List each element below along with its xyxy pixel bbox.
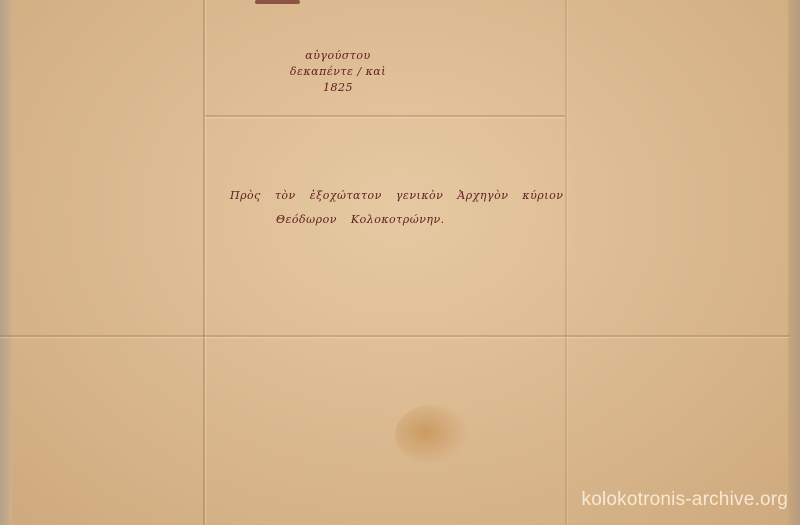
- address-line-2: Θεόδωρον Κολοκοτρώνην.: [276, 213, 445, 226]
- fold-line-horizontal-upper: [205, 115, 565, 117]
- paper-edge-left: [0, 0, 12, 525]
- fold-line-horizontal-lower: [0, 335, 790, 337]
- water-stain: [395, 405, 470, 465]
- document-sheet: αὐγούστου δεκαπέντε / καὶ 1825 Πρὸς τὸν …: [0, 0, 800, 525]
- address-line-1: Πρὸς τὸν ἐξοχώτατον γενικὸν Ἀρχηγὸν κύρι…: [230, 189, 563, 202]
- date-line-2: δεκαπέντε / καὶ: [283, 64, 393, 80]
- fold-line-vertical-left: [203, 0, 205, 525]
- fold-line-vertical-right: [565, 0, 567, 525]
- ink-mark-top: [255, 0, 300, 4]
- date-line-1: αὐγούστου: [283, 48, 393, 64]
- date-year: 1825: [283, 80, 393, 96]
- archive-watermark: kolokotronis-archive.org: [582, 489, 789, 511]
- paper-edge-right: [788, 0, 800, 525]
- date-notation: αὐγούστου δεκαπέντε / καὶ 1825: [283, 48, 393, 96]
